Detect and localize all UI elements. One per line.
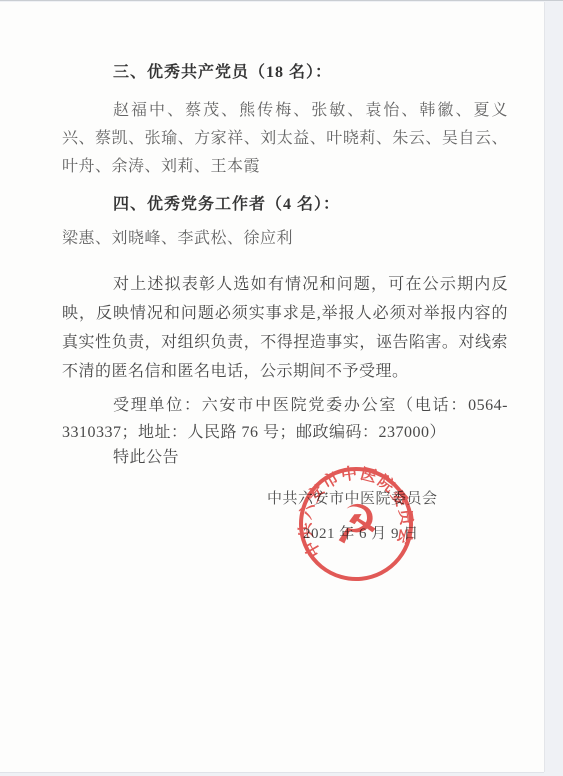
issuer-signature: 中共六安市中医院委员会 (267, 489, 438, 509)
notice-paragraph: 对上述拟表彰人选如有情况和问题，可在公示期内反映，反映情况和问题必须实事求是,举… (62, 270, 508, 386)
svg-text:中共六安市中医院委员会: 中共六安市中医院委员会 (291, 459, 418, 561)
section4-name-list: 梁惠、刘晓峰、李武松、徐应利 (62, 225, 508, 253)
contact-paragraph: 受理单位：六安市中医院党委办公室（电话：0564-3310337；地址：人民路 … (62, 392, 508, 446)
document-page: 三、优秀共产党员（18 名）： 赵福中、蔡茂、熊传梅、张敏、袁怡、韩徽、夏义兴、… (0, 2, 544, 772)
section3-heading: 三、优秀共产党员（18 名）： (62, 59, 508, 87)
closing-statement: 特此公告 (62, 444, 508, 472)
issue-date: 2021 年 6 月 9 日 (303, 524, 419, 544)
section4-heading: 四、优秀党务工作者（4 名）： (62, 191, 508, 219)
scan-background: 三、优秀共产党员（18 名）： 赵福中、蔡茂、熊传梅、张敏、袁怡、韩徽、夏义兴、… (0, 0, 563, 776)
seal-curved-text: 中共六安市中医院委员会 (291, 459, 418, 561)
section3-name-list: 赵福中、蔡茂、熊传梅、张敏、袁怡、韩徽、夏义兴、蔡凯、张瑜、方家祥、刘太益、叶晓… (62, 97, 508, 181)
